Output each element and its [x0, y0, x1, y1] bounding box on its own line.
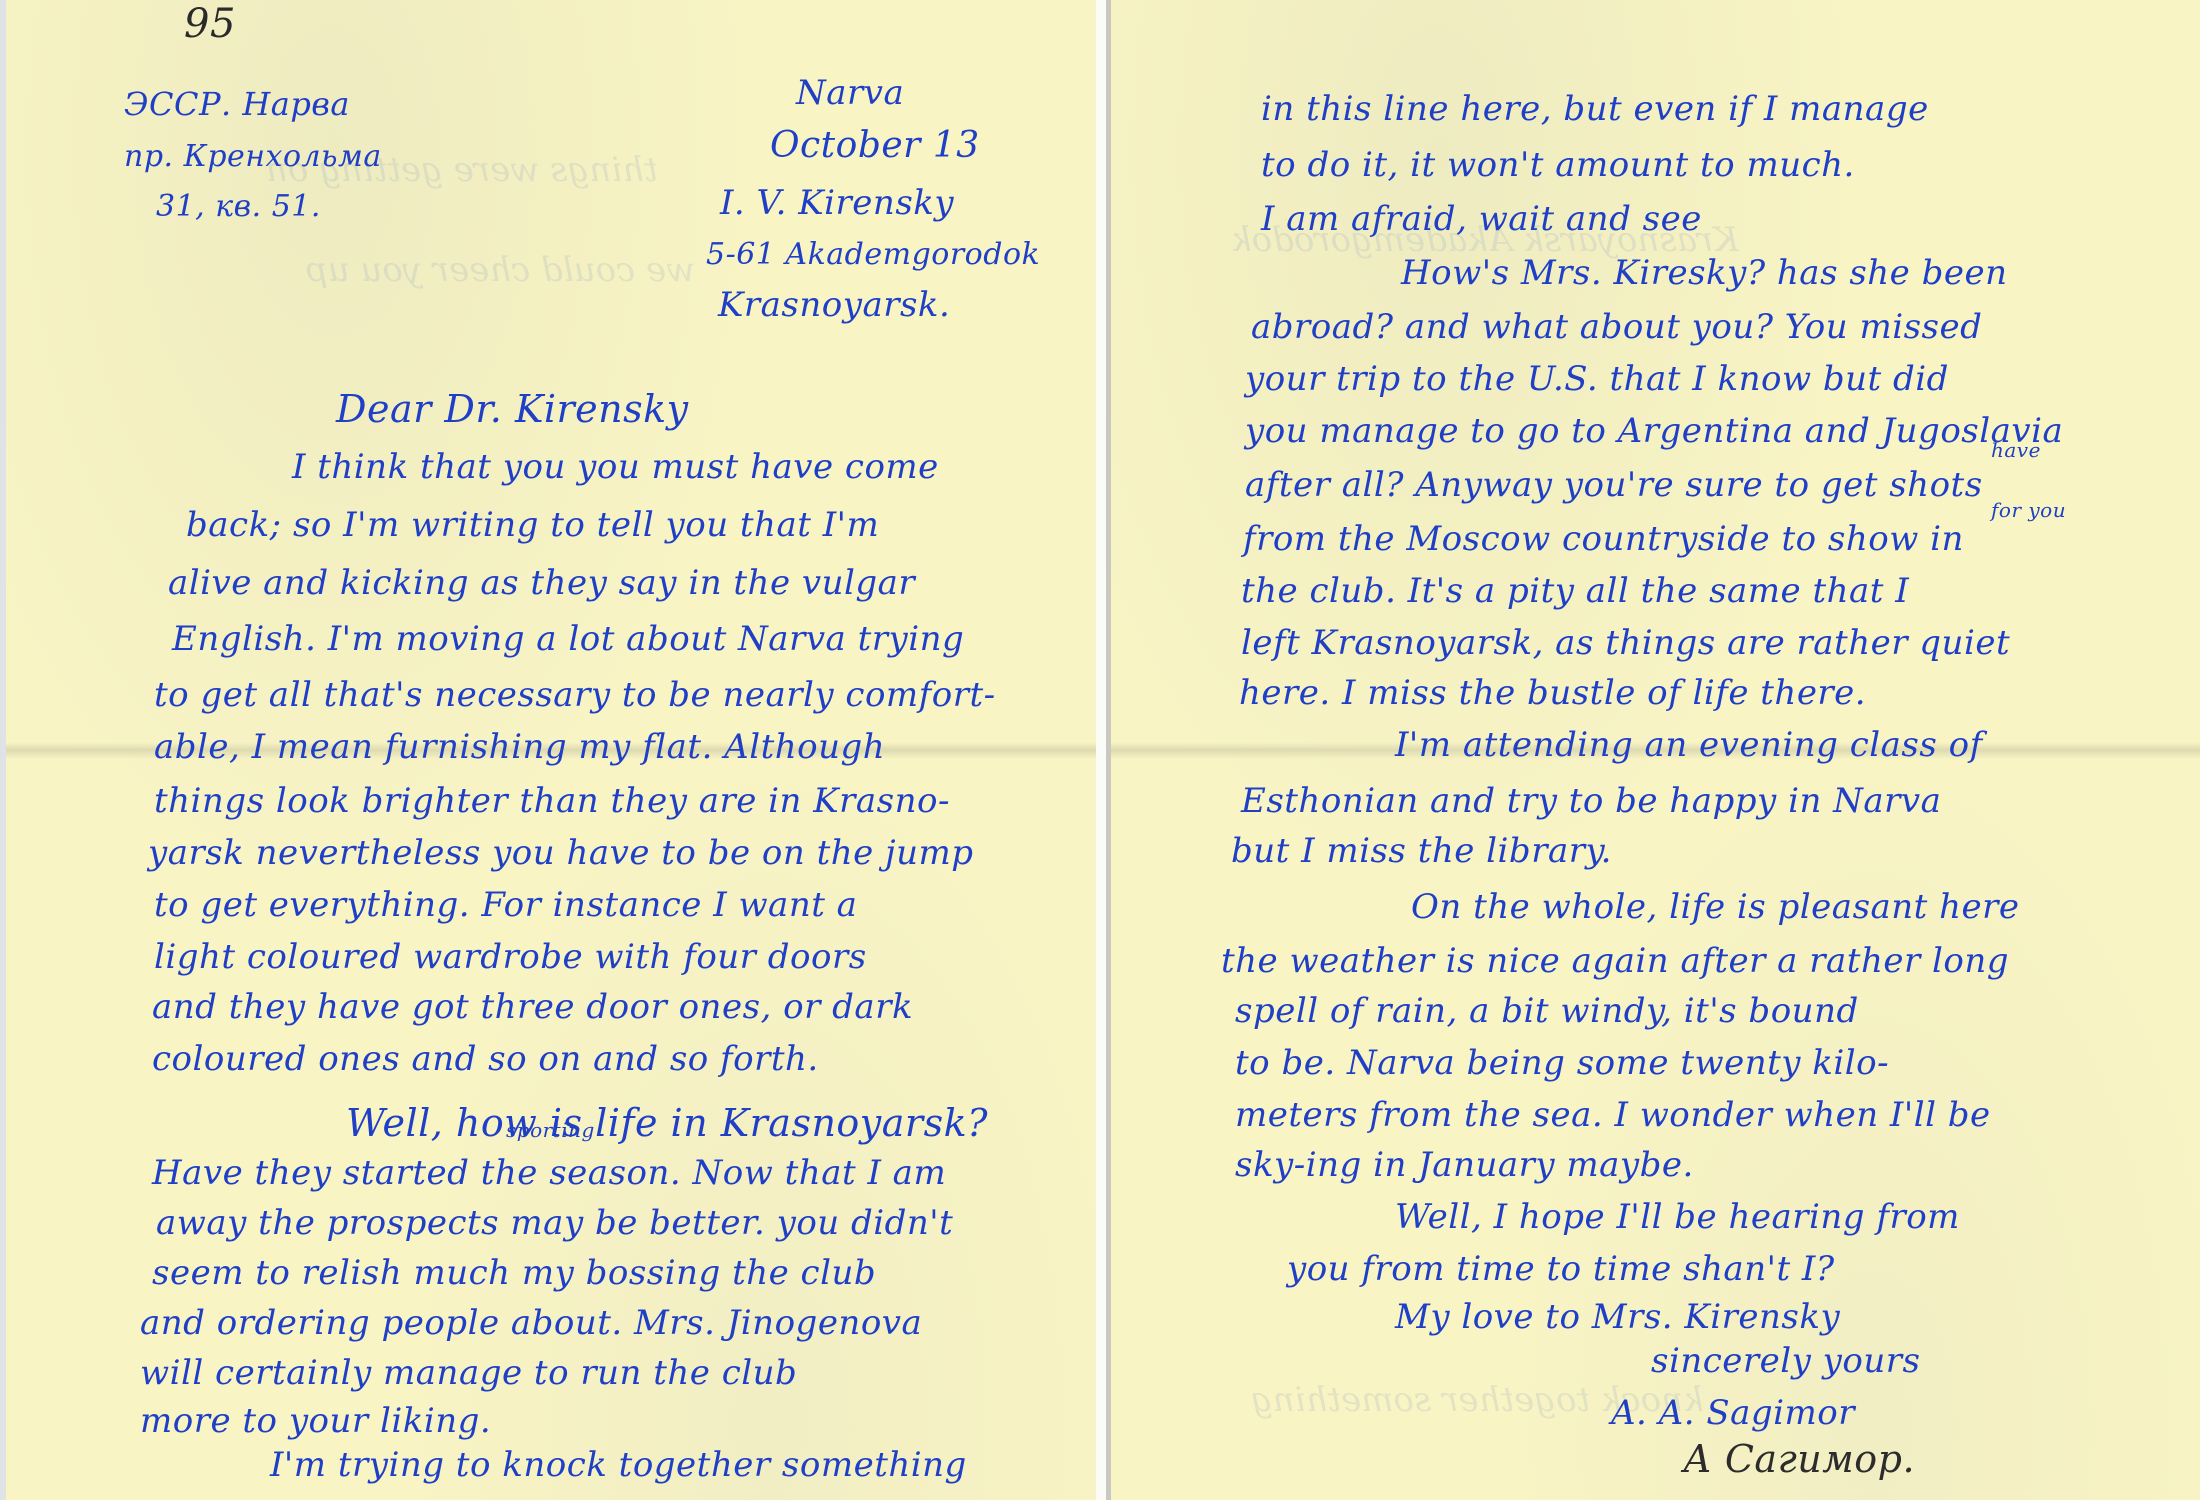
insertion-have: have: [1991, 440, 2041, 460]
body-line: My love to Mrs. Kirensky: [1395, 1300, 1840, 1334]
body-line: in this line here, but even if I manage: [1261, 92, 1929, 126]
body-line: from the Moscow countryside to show in: [1243, 522, 1964, 556]
pencil-signature: А Сагимор.: [1683, 1440, 1915, 1478]
body-line: back; so I'm writing to tell you that I'…: [186, 508, 879, 542]
body-line: On the whole, life is pleasant here: [1411, 890, 2020, 924]
body-line: I think that you you must have come: [292, 450, 939, 484]
body-line: the weather is nice again after a rather…: [1221, 944, 2009, 978]
body-line: English. I'm moving a lot about Narva tr…: [172, 622, 964, 656]
body-line: your trip to the U.S. that I know but di…: [1245, 362, 1949, 396]
sender-address-line: пр. Кренхольма: [124, 142, 382, 172]
recipient-address-line: 5-61 Akademgorodok: [706, 240, 1040, 270]
body-line: coloured ones and so on and so forth.: [152, 1042, 819, 1076]
letter-place: Narva: [796, 76, 904, 110]
body-line: able, I mean furnishing my flat. Althoug…: [154, 730, 885, 764]
body-line: to get everything. For instance I want a: [154, 888, 857, 922]
body-line: Well, how is life in Krasnoyarsk?: [346, 1104, 988, 1142]
insertion-sporting: sporting: [506, 1120, 595, 1140]
body-line: the club. It's a pity all the same that …: [1241, 574, 1909, 608]
body-line: alive and kicking as they say in the vul…: [168, 566, 915, 600]
body-line: abroad? and what about you? You missed: [1251, 310, 1982, 344]
body-line: you manage to go to Argentina and Jugosl…: [1245, 414, 2063, 448]
body-line: I'm trying to knock together something: [270, 1448, 967, 1482]
body-line: spell of rain, a bit windy, it's bound: [1235, 994, 1859, 1028]
signature: A. A. Sagimor: [1611, 1396, 1855, 1430]
body-line: to do it, it won't amount to much.: [1261, 148, 1855, 182]
body-line: but I miss the library.: [1231, 834, 1612, 868]
letter-date: October 13: [770, 128, 980, 164]
bleed-through-text: we could cheer you up: [306, 250, 695, 290]
body-line: I'm attending an evening class of: [1395, 728, 1983, 762]
sender-address-line: 31, кв. 51.: [156, 192, 321, 222]
body-line: Have they started the season. Now that I…: [152, 1156, 946, 1190]
body-line: seem to relish much my bossing the club: [152, 1256, 876, 1290]
body-line: Well, I hope I'll be hearing from: [1395, 1200, 1960, 1234]
body-line: left Krasnoyarsk, as things are rather q…: [1241, 626, 2010, 660]
body-line: yarsk nevertheless you have to be on the…: [148, 836, 974, 870]
insertion-for-you: for you: [1991, 500, 2066, 520]
body-line: away the prospects may be better. you di…: [156, 1206, 953, 1240]
body-line: light coloured wardrobe with four doors: [154, 940, 867, 974]
body-line: meters from the sea. I wonder when I'll …: [1235, 1098, 1991, 1132]
body-line: and ordering people about. Mrs. Jinogeno…: [140, 1306, 922, 1340]
recipient-address-line: Krasnoyarsk.: [718, 288, 950, 322]
archive-number: 95: [184, 4, 236, 44]
body-line: to get all that's necessary to be nearly…: [154, 678, 996, 712]
body-line: more to your liking.: [140, 1404, 491, 1438]
letter-page-2: Krasnoyarsk Akademgorodok knock together…: [1106, 0, 2200, 1500]
body-line: and they have got three door ones, or da…: [152, 990, 913, 1024]
body-line: sky-ing in January maybe.: [1235, 1148, 1694, 1182]
body-line: you from time to time shan't I?: [1287, 1252, 1835, 1286]
sender-address-line: ЭССР. Нарва: [124, 88, 350, 120]
body-line: will certainly manage to run the club: [140, 1356, 797, 1390]
body-line: to be. Narva being some twenty kilo-: [1235, 1046, 1889, 1080]
body-line: things look brighter than they are in Kr…: [154, 784, 950, 818]
letter-page-1: things were getting on we could cheer yo…: [6, 0, 1096, 1500]
body-line: here. I miss the bustle of life there.: [1239, 676, 1866, 710]
body-line: after all? Anyway you're sure to get sho…: [1245, 468, 1983, 502]
body-line: I am afraid, wait and see: [1261, 202, 1702, 236]
body-line: How's Mrs. Kiresky? has she been: [1401, 256, 2008, 290]
closing: sincerely yours: [1651, 1344, 1920, 1378]
salutation: Dear Dr. Kirensky: [336, 390, 689, 428]
body-line: Esthonian and try to be happy in Narva: [1241, 784, 1941, 818]
page-gutter: [1096, 0, 1106, 1500]
recipient-address-line: I. V. Kirensky: [720, 186, 954, 220]
